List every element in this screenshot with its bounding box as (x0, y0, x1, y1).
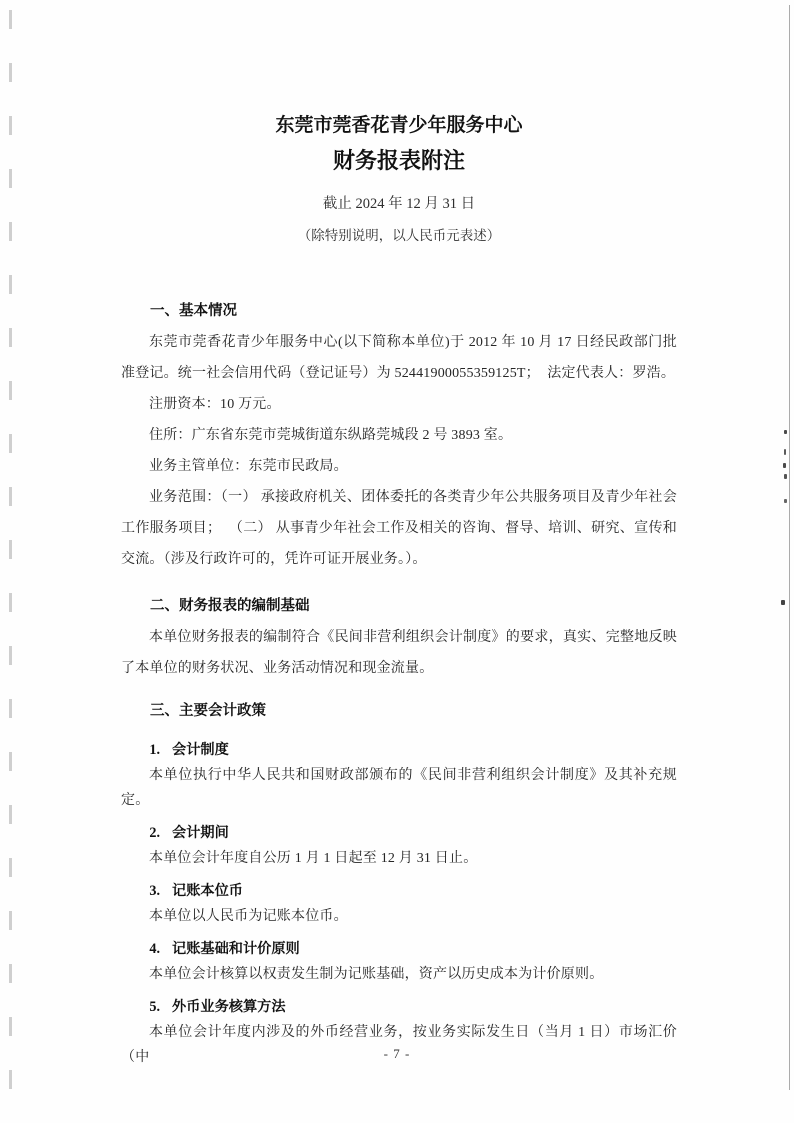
policy-number: 4. (149, 941, 160, 957)
policy-label: 会计制度 (172, 742, 229, 758)
policy-heading-foreign-currency: 5.外币业务核算方法 (121, 995, 677, 1020)
scan-artifact-left-dashes (9, 10, 12, 1100)
scan-speck (784, 474, 787, 479)
document-content: 东莞市莞香花青少年服务中心 财务报表附注 截止 2024 年 12 月 31 日… (121, 112, 677, 1070)
para-address: 住所：广东省东莞市莞城街道东纵路莞城段 2 号 3893 室。 (121, 420, 677, 451)
policy-number: 3. (149, 883, 160, 899)
scan-artifact-right-line (789, 5, 790, 1090)
policy-text-accounting-basis: 本单位会计核算以权责发生制为记账基础，资产以历史成本为计价原则。 (121, 962, 677, 987)
policy-number: 1. (149, 742, 160, 758)
policy-text-accounting-period: 本单位会计年度自公历 1 月 1 日起至 12 月 31 日止。 (121, 846, 677, 871)
policy-text-foreign-currency: 本单位会计年度内涉及的外币经营业务，按业务实际发生日（当月 1 日）市场汇价（中 (121, 1020, 677, 1070)
scan-speck (784, 430, 787, 434)
para-business-scope: 业务范围：（一） 承接政府机关、团体委托的各类青少年公共服务项目及青少年社会工作… (121, 482, 677, 575)
section-heading-preparation-basis: 二、财务报表的编制基础 (121, 591, 677, 622)
para-preparation-basis: 本单位财务报表的编制符合《民间非营利组织会计制度》的要求，真实、完整地反映了本单… (121, 622, 677, 684)
para-registration: 东莞市莞香花青少年服务中心(以下简称本单位)于 2012 年 10 月 17 日… (121, 327, 677, 389)
policy-label: 记账基础和计价原则 (172, 941, 300, 957)
section-basic-information: 一、基本情况 东莞市莞香花青少年服务中心(以下简称本单位)于 2012 年 10… (121, 296, 677, 575)
section-heading-accounting-policies: 三、主要会计政策 (121, 696, 677, 727)
policy-heading-functional-currency: 3.记账本位币 (121, 879, 677, 904)
policy-number: 5. (149, 999, 160, 1015)
policy-heading-accounting-basis: 4.记账基础和计价原则 (121, 937, 677, 962)
document-title: 财务报表附注 (121, 146, 677, 176)
document-page: 东莞市莞香花青少年服务中心 财务报表附注 截止 2024 年 12 月 31 日… (0, 0, 794, 1123)
policy-functional-currency: 3.记账本位币 本单位以人民币为记账本位币。 (121, 879, 677, 929)
section-preparation-basis: 二、财务报表的编制基础 本单位财务报表的编制符合《民间非营利组织会计制度》的要求… (121, 591, 677, 684)
policy-text-functional-currency: 本单位以人民币为记账本位币。 (121, 904, 677, 929)
policy-accounting-system: 1.会计制度 本单位执行中华人民共和国财政部颁布的《民间非营利组织会计制度》及其… (121, 738, 677, 813)
policy-heading-accounting-system: 1.会计制度 (121, 738, 677, 763)
policy-accounting-period: 2.会计期间 本单位会计年度自公历 1 月 1 日起至 12 月 31 日止。 (121, 821, 677, 871)
para-registered-capital: 注册资本：10 万元。 (121, 389, 677, 420)
policy-label: 会计期间 (172, 825, 229, 841)
policy-heading-accounting-period: 2.会计期间 (121, 821, 677, 846)
para-supervisory-unit: 业务主管单位：东莞市民政局。 (121, 451, 677, 482)
as-of-date: 截止 2024 年 12 月 31 日 (121, 194, 677, 214)
policy-accounting-basis: 4.记账基础和计价原则 本单位会计核算以权责发生制为记账基础，资产以历史成本为计… (121, 937, 677, 987)
org-name-title: 东莞市莞香花青少年服务中心 (121, 112, 677, 140)
section-heading-basic-information: 一、基本情况 (121, 296, 677, 327)
section-accounting-policies: 三、主要会计政策 1.会计制度 本单位执行中华人民共和国财政部颁布的《民间非营利… (121, 696, 677, 1070)
scan-speck (784, 449, 786, 455)
policy-label: 记账本位币 (172, 883, 243, 899)
policy-number: 2. (149, 825, 160, 841)
policy-text-accounting-system: 本单位执行中华人民共和国财政部颁布的《民间非营利组织会计制度》及其补充规定。 (121, 763, 677, 813)
scan-speck (783, 463, 786, 468)
scan-speck (781, 600, 785, 605)
policy-label: 外币业务核算方法 (172, 999, 286, 1015)
page-number: - 7 - (0, 1046, 794, 1062)
scan-speck (784, 499, 787, 503)
currency-note: （除特别说明，以人民币元表述） (121, 226, 677, 246)
